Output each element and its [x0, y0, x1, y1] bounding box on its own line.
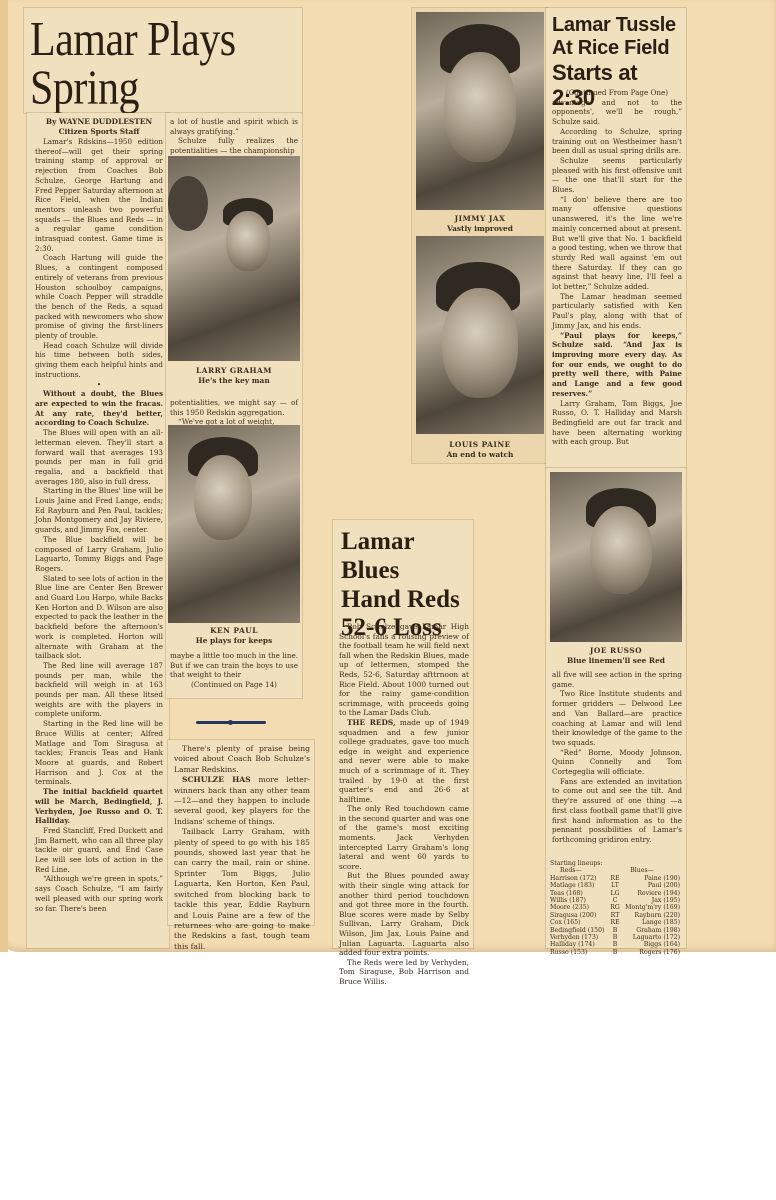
byline: By WAYNE DUDDLESTEN	[35, 117, 163, 127]
main-headline-line1: Lamar Plays Spring	[30, 16, 304, 113]
continued-text-top: (Continued From Page One) advantage and …	[552, 88, 682, 447]
caption-text: Vastly improved	[412, 224, 548, 234]
paragraph: Without a doubt, the Blues are expected …	[35, 389, 163, 428]
paragraph: The only Red touchdown came in the secon…	[339, 804, 469, 871]
paragraph: The Blue backfield will be composed of L…	[35, 535, 163, 574]
photo-louis-paine	[416, 236, 544, 434]
paragraph: made up of 1949 squadmen and a few junio…	[339, 718, 469, 804]
paragraph: Starting in the Red line will be Bruce W…	[35, 719, 163, 787]
paragraph: a lot of hustle and spirit which is alwa…	[170, 117, 298, 136]
paragraph: potentialities, we might say — of this 1…	[170, 398, 298, 417]
paragraph: Tailback Larry Graham, with plenty of sp…	[174, 827, 310, 952]
main-col2-mid: potentialities, we might say — of this 1…	[170, 398, 298, 427]
caption-name: JIMMY JAX	[412, 214, 548, 224]
photo-larry-graham	[168, 156, 300, 361]
lineup-row: Cox (165)RELange (185)	[550, 919, 682, 926]
paragraph: There's plenty of praise being voiced ab…	[174, 744, 310, 775]
caption-name: LARRY GRAHAM	[166, 366, 302, 376]
page-edge	[0, 0, 8, 952]
lineup-row: Moore (235)RGMontg'm'ry (169)	[550, 904, 682, 911]
paragraph: Coach Hartung will guide the Blues, a co…	[35, 253, 163, 340]
blues-label: Blues—	[624, 867, 682, 874]
lineup-row: Teas (168)LGReviere (194)	[550, 890, 682, 897]
result-headline-line2: Hand Reds	[341, 586, 465, 615]
paragraph: Head coach Schulze will divide his time …	[35, 341, 163, 380]
byline-role: Citizen Sports Staff	[35, 127, 163, 137]
main-article-col2: a lot of hustle and spirit which is alwa…	[166, 113, 302, 698]
continued-from-note: (Continued From Page One)	[552, 88, 682, 98]
lead-in: THE REDS,	[347, 718, 396, 727]
paragraph: Two Rice Institute students and former g…	[552, 689, 682, 747]
caption-jimmy-jax: JIMMY JAX Vastly improved	[412, 214, 548, 234]
continued-text-bottom: all five will see action in the spring g…	[552, 670, 682, 845]
paragraph: The Red line will average 187 pounds per…	[35, 661, 163, 719]
lineup-row: Bedingfield (150)BGraham (198)	[550, 927, 682, 934]
praise-clip: There's plenty of praise being voiced ab…	[168, 740, 314, 925]
paragraph: Larry Graham, Tom Biggs, Joe Russo, O. T…	[552, 399, 682, 448]
paragraph: The Reds were led by Verhyden, Tom Sirag…	[339, 958, 469, 987]
result-text: Bob Schulze gave Lamar High School's fan…	[339, 622, 469, 987]
main-col2-bottom: maybe a little too much in the line. But…	[170, 651, 298, 690]
paragraph: But the Blues pounded away with their si…	[339, 871, 469, 957]
caption-louis-paine: LOUIS PAINE An end to watch	[412, 440, 548, 460]
scrapbook-page: Lamar Plays Spring Grid Tilt Saturday By…	[0, 0, 776, 952]
paragraph: Slated to see lots of action in the Blue…	[35, 574, 163, 661]
paragraph: “Paul plays for keeps,” Schulze said. “A…	[552, 331, 682, 399]
caption-larry-graham: LARRY GRAHAM He's the key man	[166, 366, 302, 386]
paragraph: Bob Schulze gave Lamar High School's fan…	[339, 622, 469, 718]
caption-ken-paul: KEN PAUL He plays for keeps	[166, 626, 302, 646]
paragraph: Fred Stancliff, Fred Duckett and Jim Bar…	[35, 826, 163, 875]
lineup-row: Matlage (183)LTPaul (200)	[550, 882, 682, 889]
paragraph: Schulze fully realizes the potentialitie…	[170, 136, 298, 155]
paragraph: The initial backfield quartet will be Ma…	[35, 787, 163, 826]
paragraph: “I don' believe there are too many offen…	[552, 195, 682, 292]
reds-label: Reds—	[550, 867, 612, 874]
lineup-title: Starting lineups:	[550, 860, 682, 867]
photo-clip-jax-paine: JIMMY JAX Vastly improved LOUIS PAINE An…	[412, 8, 548, 463]
caption-text: An end to watch	[412, 450, 548, 460]
paragraph: Fans are extended an invitation to come …	[552, 777, 682, 845]
photo-ken-paul	[168, 425, 300, 623]
paragraph: The Lamar headman seemed particularly sa…	[552, 292, 682, 331]
continued-article-clip: Lamar Tussle At Rice Field Starts at 2:3…	[546, 8, 686, 468]
lineup-header: Reds— Blues—	[550, 867, 682, 874]
paragraph: According to Schulze, spring training ou…	[552, 127, 682, 156]
paragraph: “Although we're green in spots,” says Co…	[35, 874, 163, 913]
result-headline-line1: Lamar Blues	[341, 528, 465, 586]
continued-article-bottom-clip: JOE RUSSO Blue linemen'll see Red all fi…	[546, 468, 686, 948]
caption-name: LOUIS PAINE	[412, 440, 548, 450]
continued-headline-line1: Lamar Tussle	[552, 14, 682, 37]
caption-name: JOE RUSSO	[546, 646, 686, 656]
lineup-row: Siragusa (200)RTRayburn (220)	[550, 912, 682, 919]
lineup-row: Russo (153)BRogers (176)	[550, 949, 682, 956]
result-article-clip: Lamar Blues Hand Reds 52-6 Loss Bob Schu…	[333, 520, 473, 948]
photo-joe-russo	[550, 472, 682, 642]
paragraph: Starting in the Blues' line will be Loui…	[35, 486, 163, 535]
caption-name: KEN PAUL	[166, 626, 302, 636]
caption-text: He's the key man	[166, 376, 302, 386]
paragraph: The Blues will open with an all-letterma…	[35, 428, 163, 486]
lead-in: SCHULZE HAS	[182, 775, 251, 784]
main-article-clip: Lamar Plays Spring Grid Tilt Saturday	[24, 8, 302, 113]
lineup-row: Willis (187)CJax (195)	[550, 897, 682, 904]
main-col1-text: By WAYNE DUDDLESTEN Citizen Sports Staff…	[35, 117, 163, 913]
paragraph: advantage and not to the opponents', we'…	[552, 98, 682, 127]
paragraph: Schulze seems particularly pleased with …	[552, 156, 682, 195]
ornamental-divider-dot	[228, 720, 233, 725]
photo-jimmy-jax	[416, 12, 544, 210]
lineup-row: Verhyden (173)BLaguarto (172)	[550, 934, 682, 941]
main-col2-top: a lot of hustle and spirit which is alwa…	[170, 117, 298, 156]
caption-text: Blue linemen'll see Red	[546, 656, 686, 666]
continued-note: (Continued on Page 14)	[170, 680, 298, 690]
paragraph: “Red” Borne, Moody Johnson, Quinn Connel…	[552, 748, 682, 777]
paragraph: all five will see action in the spring g…	[552, 670, 682, 689]
starting-lineups: Starting lineups: Reds— Blues— Harrison …	[550, 860, 682, 956]
paragraph: Lamar's Rdskins—1950 edition thereof—wil…	[35, 137, 163, 253]
praise-text: There's plenty of praise being voiced ab…	[174, 744, 310, 952]
lineup-row: Halliday (174)BBiggs (164)	[550, 941, 682, 948]
paragraph: maybe a little too much in the line. But…	[170, 651, 298, 680]
caption-joe-russo: JOE RUSSO Blue linemen'll see Red	[546, 646, 686, 666]
caption-text: He plays for keeps	[166, 636, 302, 646]
main-article-col1: By WAYNE DUDDLESTEN Citizen Sports Staff…	[27, 113, 169, 948]
lineup-row: Harrison (172)REPaine (190)	[550, 875, 682, 882]
bullet-separator: •	[35, 380, 163, 390]
continued-headline-line2: At Rice Field	[552, 37, 682, 60]
